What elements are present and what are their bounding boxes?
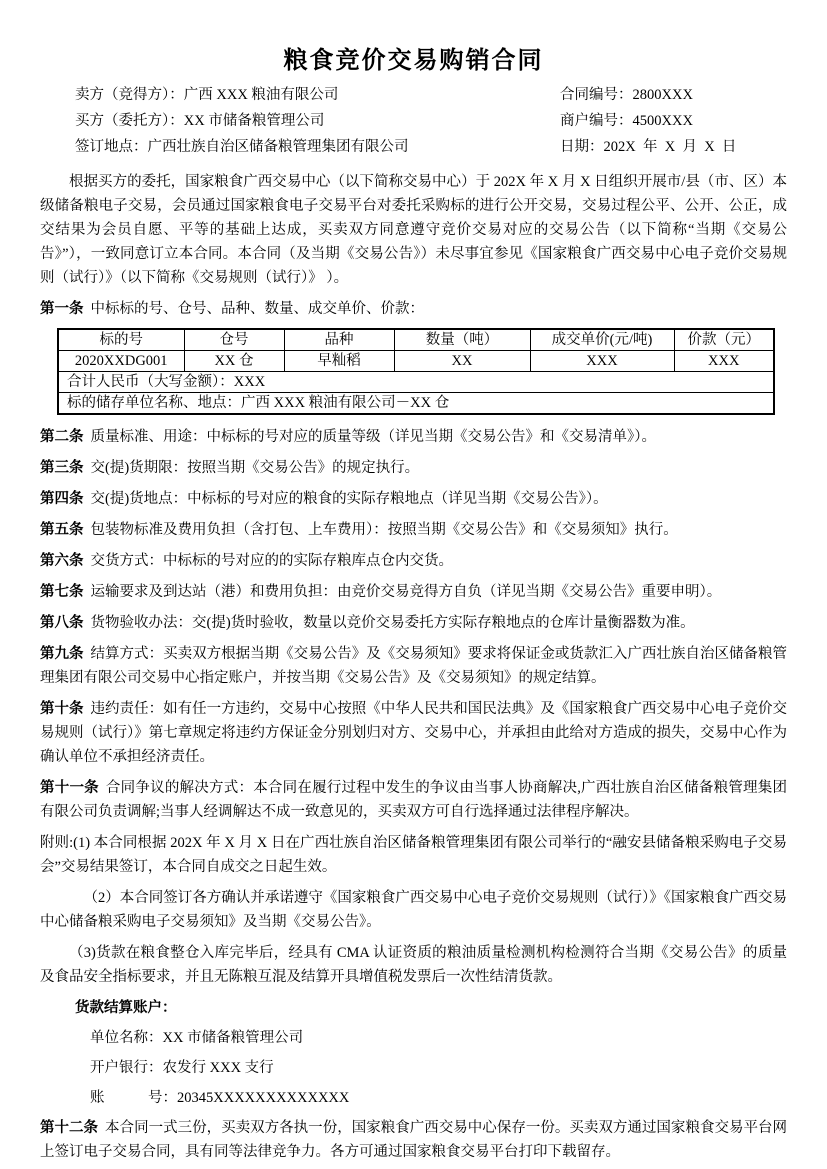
clause-12-number: 第十二条 (40, 1120, 98, 1136)
merchant-number: 商户编号：4500XXX (560, 108, 787, 134)
document-title: 粮食竞价交易购销合同 (40, 46, 787, 76)
clause-6-text: 交货方式：中标标的号对应的的实际存粮库点仓内交货。 (91, 553, 454, 569)
clause-2-text: 质量标准、用途：中标标的号对应的质量等级（详见当期《交易公告》和《交易清单》）。 (91, 429, 657, 445)
clause-5-number: 第五条 (40, 522, 84, 538)
clause-10-text: 违约责任：如有任一方违约，交易中心按照《中华人民共和国民法典》及《国家粮食广西交… (40, 701, 787, 765)
signing-date: 日期：202X 年 X 月 X 日 (560, 134, 787, 160)
clause-8-number: 第八条 (40, 615, 84, 631)
clause-11-text: 合同争议的解决方式：本合同在履行过程中发生的争议由当事人协商解决,广西壮族自治区… (40, 780, 787, 820)
settlement-account-title: 货款结算账户： (75, 996, 787, 1020)
cell-variety: 早籼稻 (284, 351, 394, 372)
cell-warehouse: XX 仓 (184, 351, 284, 372)
appendix-item-2: （2）本合同签订各方确认并承诺遵守《国家粮食广西交易中心电子竞价交易规则（试行）… (40, 886, 787, 934)
clause-7-number: 第七条 (40, 584, 84, 600)
clause-11: 第十一条合同争议的解决方式：本合同在履行过程中发生的争议由当事人协商解决,广西壮… (40, 776, 787, 824)
clause-9-text: 结算方式：买卖双方根据当期《交易公告》及《交易须知》要求将保证金或货款汇入广西壮… (40, 646, 787, 686)
clause-3-text: 交(提)货期限：按照当期《交易公告》的规定执行。 (91, 460, 420, 476)
buyer-line: 买方（委托方）：XX 市储备粮管理公司 (40, 108, 560, 134)
clause-11-number: 第十一条 (40, 780, 99, 796)
clause-9-number: 第九条 (40, 646, 84, 662)
col-header-warehouse: 仓号 (184, 329, 284, 351)
bid-table-header-row: 标的号 仓号 品种 数量（吨） 成交单价(元/吨) 价款（元） (58, 329, 774, 351)
clause-7-text: 运输要求及到达站（港）和费用负担：由竞价交易竞得方自负（详见当期《交易公告》重要… (91, 584, 722, 600)
bid-table: 标的号 仓号 品种 数量（吨） 成交单价(元/吨) 价款（元） 2020XXDG… (57, 328, 775, 415)
clause-10-number: 第十条 (40, 701, 84, 717)
clause-7: 第七条运输要求及到达站（港）和费用负担：由竞价交易竞得方自负（详见当期《交易公告… (40, 580, 787, 604)
bid-table-storage-row: 标的储存单位名称、地点：广西 XXX 粮油有限公司－XX 仓 (58, 393, 774, 415)
seller-line: 卖方（竞得方）：广西 XXX 粮油有限公司 (40, 82, 560, 108)
clause-6-number: 第六条 (40, 553, 84, 569)
clause-4-number: 第四条 (40, 491, 84, 507)
clause-10: 第十条违约责任：如有任一方违约，交易中心按照《中华人民共和国民法典》及《国家粮食… (40, 697, 787, 769)
appendix-item-1: 附则:(1) 本合同根据 202X 年 X 月 X 日在广西壮族自治区储备粮管理… (40, 831, 787, 879)
col-header-price: 价款（元） (674, 329, 774, 351)
clause-12-text: 本合同一式三份，买卖双方各执一份，国家粮食广西交易中心保存一份。买卖双方通过国家… (40, 1120, 787, 1160)
col-header-variety: 品种 (284, 329, 394, 351)
account-unit-name: 单位名称：XX 市储备粮管理公司 (90, 1026, 787, 1050)
account-number: 账 号：20345XXXXXXXXXXXXX (90, 1086, 787, 1110)
col-header-lot-number: 标的号 (58, 329, 184, 351)
clause-8-text: 货物验收办法：交(提)货时验收，数量以竞价交易委托方实际存粮地点的仓库计量衡器数… (91, 615, 695, 631)
cell-lot-number: 2020XXDG001 (58, 351, 184, 372)
appendix-item-3: （3)货款在粮食整仓入库完毕后，经具有 CMA 认证资质的粮油质量检测机构检测符… (40, 941, 787, 989)
header-row-buyer: 买方（委托方）：XX 市储备粮管理公司 商户编号：4500XXX (40, 108, 787, 134)
account-bank: 开户银行：农发行 XXX 支行 (90, 1056, 787, 1080)
cell-unit-price: XXX (530, 351, 674, 372)
cell-price: XXX (674, 351, 774, 372)
clause-6: 第六条交货方式：中标标的号对应的的实际存粮库点仓内交货。 (40, 549, 787, 573)
clause-1-text: 中标标的号、仓号、品种、数量、成交单价、价款： (91, 301, 425, 317)
bid-table-total-row: 合计人民币（大写金额）：XXX (58, 372, 774, 393)
clause-3-number: 第三条 (40, 460, 84, 476)
col-header-quantity: 数量（吨） (394, 329, 530, 351)
clause-4: 第四条交(提)货地点：中标标的号对应的粮食的实际存粮地点（详见当期《交易公告》）… (40, 487, 787, 511)
col-header-unit-price: 成交单价(元/吨) (530, 329, 674, 351)
clause-1-number: 第一条 (40, 301, 84, 317)
bid-table-data-row: 2020XXDG001 XX 仓 早籼稻 XX XXX XXX (58, 351, 774, 372)
clause-2-number: 第二条 (40, 429, 84, 445)
clause-5: 第五条包装物标准及费用负担（含打包、上车费用）：按照当期《交易公告》和《交易须知… (40, 518, 787, 542)
storage-unit-location: 标的储存单位名称、地点：广西 XXX 粮油有限公司－XX 仓 (58, 393, 774, 415)
clause-12: 第十二条本合同一式三份，买卖双方各执一份，国家粮食广西交易中心保存一份。买卖双方… (40, 1116, 787, 1164)
clause-2: 第二条质量标准、用途：中标标的号对应的质量等级（详见当期《交易公告》和《交易清单… (40, 425, 787, 449)
clause-1: 第一条中标标的号、仓号、品种、数量、成交单价、价款： (40, 297, 787, 321)
header-row-place: 签订地点：广西壮族自治区储备粮管理集团有限公司 日期：202X 年 X 月 X … (40, 134, 787, 160)
clause-8: 第八条货物验收办法：交(提)货时验收，数量以竞价交易委托方实际存粮地点的仓库计量… (40, 611, 787, 635)
header-row-seller: 卖方（竞得方）：广西 XXX 粮油有限公司 合同编号：2800XXX (40, 82, 787, 108)
clause-3: 第三条交(提)货期限：按照当期《交易公告》的规定执行。 (40, 456, 787, 480)
contract-page: 粮食竞价交易购销合同 卖方（竞得方）：广西 XXX 粮油有限公司 合同编号：28… (0, 0, 827, 1164)
intro-paragraph: 根据买方的委托，国家粮食广西交易中心（以下简称交易中心）于 202X 年 X 月… (40, 170, 787, 290)
clause-5-text: 包装物标准及费用负担（含打包、上车费用）：按照当期《交易公告》和《交易须知》执行… (91, 522, 678, 538)
contract-number: 合同编号：2800XXX (560, 82, 787, 108)
cell-quantity: XX (394, 351, 530, 372)
clause-9: 第九条结算方式：买卖双方根据当期《交易公告》及《交易须知》要求将保证金或货款汇入… (40, 642, 787, 690)
total-amount-words: 合计人民币（大写金额）：XXX (58, 372, 774, 393)
signing-place: 签订地点：广西壮族自治区储备粮管理集团有限公司 (40, 134, 560, 160)
clause-4-text: 交(提)货地点：中标标的号对应的粮食的实际存粮地点（详见当期《交易公告》）。 (91, 491, 608, 507)
